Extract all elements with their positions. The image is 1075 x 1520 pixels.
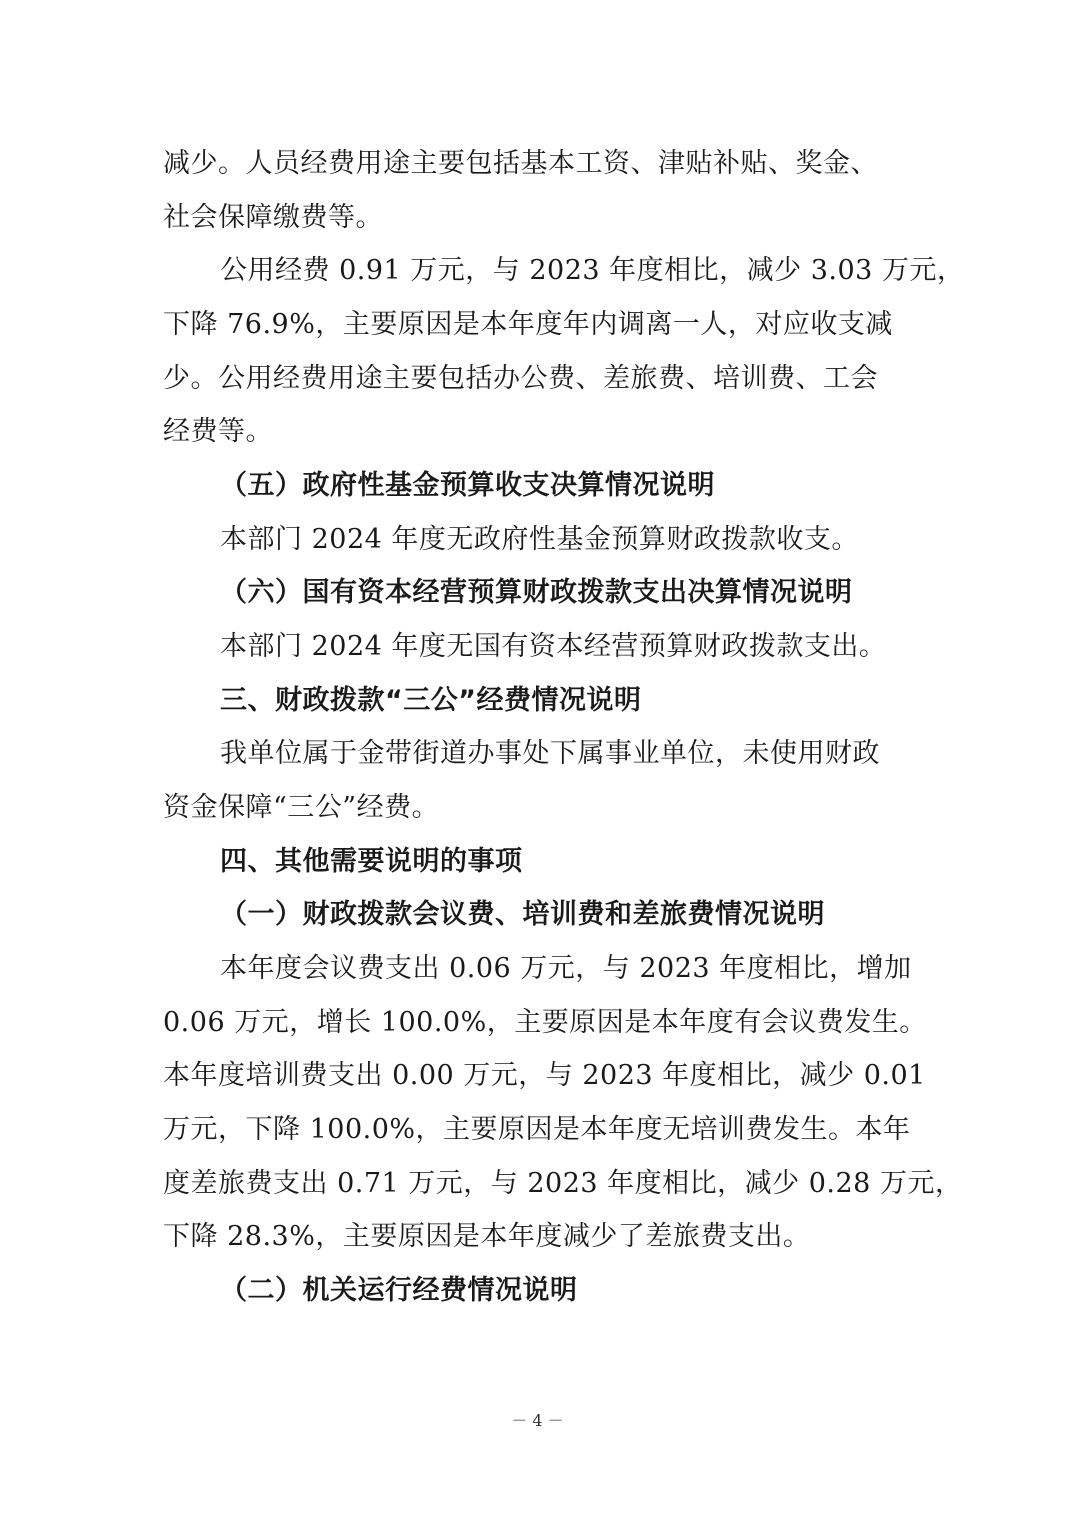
paragraph-line: 经费等。 (163, 414, 923, 450)
section-subheading: （二）机关运行经费情况说明 (220, 1273, 980, 1309)
paragraph-line: 度差旅费支出 0.71 万元，与 2023 年度相比，减少 0.28 万元， (163, 1166, 923, 1202)
paragraph-line: 下降 76.9%，主要原因是本年度年内调离一人，对应收支减 (163, 307, 923, 343)
paragraph-line: 下降 28.3%，主要原因是本年度减少了差旅费支出。 (163, 1219, 923, 1255)
section-subheading: （六）国有资本经营预算财政拨款支出决算情况说明 (220, 575, 980, 611)
section-subheading: （一）财政拨款会议费、培训费和差旅费情况说明 (220, 897, 980, 933)
paragraph-line: 0.06 万元，增长 100.0%，主要原因是本年度有会议费发生。 (163, 1005, 923, 1041)
paragraph-line: 资金保障“三公”经费。 (163, 790, 923, 826)
section-subheading: （五）政府性基金预算收支决算情况说明 (220, 468, 980, 504)
paragraph-line: 少。公用经费用途主要包括办公费、差旅费、培训费、工会 (163, 361, 923, 397)
document-page: 减少。人员经费用途主要包括基本工资、津贴补贴、奖金、 社会保障缴费等。 公用经费… (0, 0, 1075, 1520)
paragraph-line: 我单位属于金带街道办事处下属事业单位，未使用财政 (220, 736, 980, 772)
section-heading: 三、财政拨款“三公”经费情况说明 (220, 683, 980, 719)
paragraph-line: 减少。人员经费用途主要包括基本工资、津贴补贴、奖金、 (163, 146, 923, 182)
page-number: － 4 － (0, 1408, 1075, 1431)
paragraph-line: 本年度会议费支出 0.06 万元，与 2023 年度相比，增加 (220, 951, 980, 987)
paragraph-line: 公用经费 0.91 万元，与 2023 年度相比，减少 3.03 万元， (220, 253, 980, 289)
paragraph-line: 本部门 2024 年度无国有资本经营预算财政拨款支出。 (220, 629, 980, 665)
paragraph-line: 社会保障缴费等。 (163, 200, 923, 236)
paragraph-line: 万元，下降 100.0%，主要原因是本年度无培训费发生。本年 (163, 1112, 923, 1148)
section-heading: 四、其他需要说明的事项 (220, 844, 980, 880)
paragraph-line: 本部门 2024 年度无政府性基金预算财政拨款收支。 (220, 522, 980, 558)
paragraph-line: 本年度培训费支出 0.00 万元，与 2023 年度相比，减少 0.01 (163, 1058, 923, 1094)
